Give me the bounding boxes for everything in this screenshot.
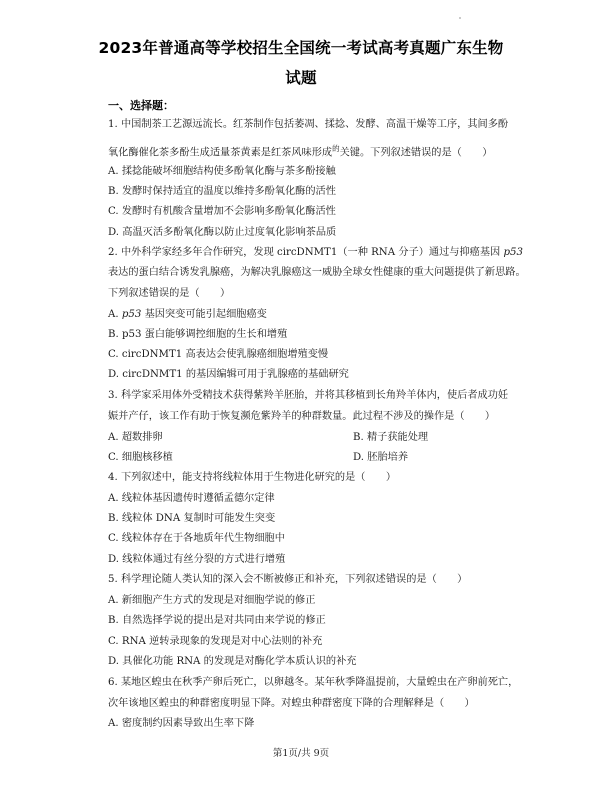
- page-footer: 第1页/共 9页: [0, 745, 602, 759]
- question-6-stem-line2: 次年该地区蝗虫的种群密度明显下降。对蝗虫种群密度下降的合理解释是（ ）: [108, 697, 475, 711]
- question-1-option-b: B. 发酵时保持适宜的温度以维持多酚氧化酶的活性: [108, 185, 336, 199]
- question-1-stem-text: 氧化酶催化茶多酚生成适量茶黄素是红茶风味形成: [108, 147, 332, 158]
- question-1-option-d: D. 高温灭活多酚氧化酶以防止过度氧化影响茶品质: [108, 226, 336, 240]
- question-2-option-d: D. circDNMT1 的基因编辑可用于乳腺癌的基础研究: [108, 368, 349, 382]
- question-2-stem-text: 2. 中外科学家经多年合作研究，发现 circDNMT1（一种 RNA 分子）通…: [108, 247, 500, 258]
- question-3-option-d: D. 胚胎培养: [353, 451, 408, 465]
- question-3-option-a: A. 超数排卵: [108, 431, 163, 445]
- page-title-continued: 试题: [0, 66, 602, 88]
- question-4-option-d: D. 线粒体通过有丝分裂的方式进行增殖: [108, 553, 285, 567]
- question-2-option-a: A. p53 基因突变可能引起细胞癌变: [108, 308, 267, 322]
- question-1-stem-text-end: 关键。下列叙述错误的是（ ）: [340, 147, 493, 158]
- question-4-option-c: C. 线粒体存在于各地质年代生物细胞中: [108, 532, 285, 546]
- question-2-option-b: B. p53 蛋白能够调控细胞的生长和增殖: [108, 328, 287, 342]
- question-1-stem-line2: 氧化酶催化茶多酚生成适量茶黄素是红茶风味形成的关键。下列叙述错误的是（ ）: [108, 142, 492, 160]
- question-1-option-c: C. 发酵时有机酸含量增加不会影响多酚氧化酶活性: [108, 205, 336, 219]
- question-6-option-a: A. 密度制约因素导致出生率下降: [108, 717, 254, 731]
- question-1-stem-superscript: 的: [332, 144, 340, 153]
- question-5-option-a: A. 新细胞产生方式的发现是对细胞学说的修正: [108, 594, 315, 608]
- question-3-stem-line1: 3. 科学家采用体外受精技术获得紫羚羊胚胎，并将其移植到长角羚羊体内，使后者成功…: [108, 389, 508, 403]
- question-2-gene-p53: p53: [503, 247, 523, 258]
- question-4-option-a: A. 线粒体基因遗传时遵循孟德尔定律: [108, 492, 275, 506]
- section-heading: 一、选择题：: [108, 97, 174, 113]
- question-5-option-d: D. 具催化功能 RNA 的发现是对酶化学本质认识的补充: [108, 655, 356, 669]
- question-2-option-c: C. circDNMT1 高表达会使乳腺癌细胞增殖变慢: [108, 348, 328, 362]
- question-5-option-b: B. 自然选择学说的提出是对共同由来学说的修正: [108, 614, 326, 628]
- question-6-stem-line1: 6. 某地区蝗虫在秋季产卵后死亡，以卵越冬。某年秋季降温提前，大量蝗虫在产卵前死…: [108, 676, 518, 690]
- question-4-stem: 4. 下列叙述中，能支持将线粒体用于生物进化研究的是（ ）: [108, 471, 396, 485]
- question-5-option-c: C. RNA 逆转录现象的发现是对中心法则的补充: [108, 635, 322, 649]
- option-label: A.: [108, 309, 122, 320]
- exam-page: 2023年普通高等学校招生全国统一考试高考真题广东生物 试题 一、选择题： 1.…: [0, 0, 602, 787]
- page-title: 2023年普通高等学校招生全国统一考试高考真题广东生物: [0, 36, 602, 58]
- question-1-stem-line1: 1. 中国制茶工艺源远流长。红茶制作包括萎凋、揉捻、发酵、高温干燥等工序，其间多…: [108, 118, 508, 132]
- question-4-option-b: B. 线粒体 DNA 复制时可能发生突变: [108, 512, 275, 526]
- question-5-stem: 5. 科学理论随人类认知的深入会不断被修正和补充，下列叙述错误的是（ ）: [108, 573, 467, 587]
- question-3-option-b: B. 精子获能处理: [353, 431, 428, 445]
- question-3-stem-line2: 娠并产仔，该工作有助于恢复濒危紫羚羊的种群数量。此过程不涉及的操作是（ ）: [108, 410, 495, 424]
- question-2-stem-line2: 表达的蛋白结合诱发乳腺癌，为解决乳腺癌这一威胁全球女性健康的重大问题提供了新思路…: [108, 266, 526, 280]
- gene-p53: p53: [122, 309, 142, 320]
- question-2-stem-line1: 2. 中外科学家经多年合作研究，发现 circDNMT1（一种 RNA 分子）通…: [108, 246, 523, 260]
- option-text: 基因突变可能引起细胞癌变: [141, 309, 267, 320]
- question-1-option-a: A. 揉捻能破坏细胞结构使多酚氧化酶与茶多酚接触: [108, 165, 336, 179]
- question-3-option-c: C. 细胞核移植: [108, 451, 173, 465]
- scan-speck: [459, 17, 461, 19]
- question-2-stem-line3: 下列叙述错误的是（ ）: [108, 287, 230, 301]
